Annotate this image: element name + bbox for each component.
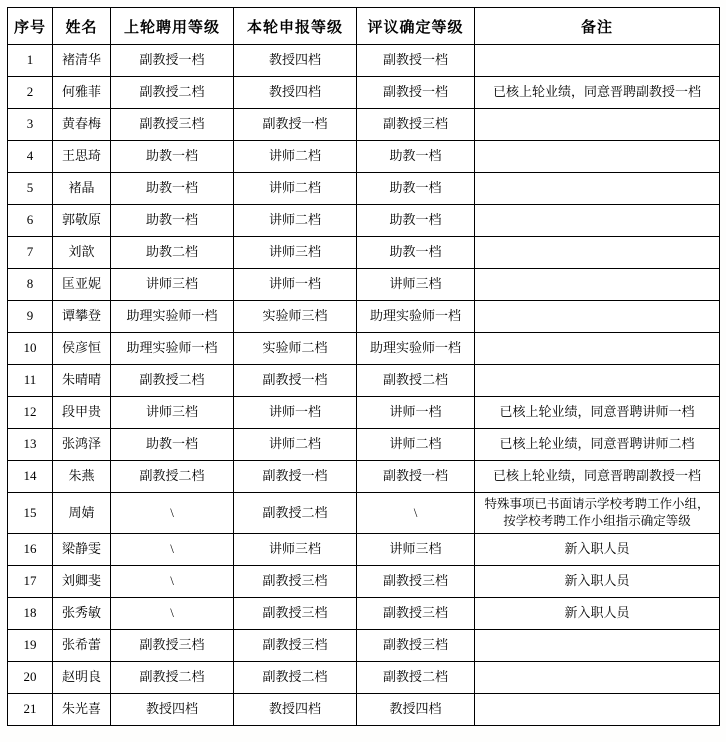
table-cell: 副教授三档 (357, 566, 475, 598)
table-cell: 助教一档 (111, 141, 234, 173)
table-cell: 新入职人员 (475, 598, 720, 630)
table-cell: 梁静雯 (53, 534, 111, 566)
table-cell: 助教二档 (111, 237, 234, 269)
table-cell: 10 (8, 333, 53, 365)
table-cell: 张秀敏 (53, 598, 111, 630)
table-cell: 副教授二档 (111, 365, 234, 397)
table-cell: 段甲贵 (53, 397, 111, 429)
table-cell: 何雅菲 (53, 77, 111, 109)
table-cell: 讲师三档 (357, 534, 475, 566)
table-cell: 助理实验师一档 (111, 301, 234, 333)
table-cell: 助教一档 (357, 237, 475, 269)
table-row: 20赵明良副教授二档副教授二档副教授二档 (8, 662, 720, 694)
table-cell (475, 205, 720, 237)
table-row: 3黄春梅副教授三档副教授一档副教授三档 (8, 109, 720, 141)
header-cell: 姓名 (53, 8, 111, 45)
table-cell: 教授四档 (234, 45, 357, 77)
table-row: 1褚清华副教授一档教授四档副教授一档 (8, 45, 720, 77)
table-cell: 副教授二档 (111, 662, 234, 694)
table-cell: 18 (8, 598, 53, 630)
table-cell: 教授四档 (111, 694, 234, 726)
table-cell (475, 109, 720, 141)
table-cell: 19 (8, 630, 53, 662)
table-cell: 副教授三档 (111, 630, 234, 662)
table-cell: 助教一档 (357, 173, 475, 205)
table-cell: 实验师三档 (234, 301, 357, 333)
table-cell: 11 (8, 365, 53, 397)
table-cell: 副教授三档 (357, 109, 475, 141)
table-cell: 刘卿斐 (53, 566, 111, 598)
table-row: 6郭敬原助教一档讲师二档助教一档 (8, 205, 720, 237)
table-cell: 讲师三档 (234, 534, 357, 566)
table-cell (475, 333, 720, 365)
table-cell: 副教授一档 (357, 461, 475, 493)
table-cell: 副教授三档 (234, 630, 357, 662)
table-cell: 副教授二档 (357, 662, 475, 694)
table-cell: 王思琦 (53, 141, 111, 173)
table-cell: 朱晴晴 (53, 365, 111, 397)
table-cell: 谭攀登 (53, 301, 111, 333)
table-cell: 副教授一档 (234, 109, 357, 141)
table-cell: 郭敬原 (53, 205, 111, 237)
table-cell: 讲师一档 (234, 269, 357, 301)
table-row: 13张鸿泽助教一档讲师二档讲师二档已核上轮业绩，同意晋聘讲师二档 (8, 429, 720, 461)
table-cell: 新入职人员 (475, 534, 720, 566)
table-cell: 已核上轮业绩，同意晋聘讲师一档 (475, 397, 720, 429)
table-cell: 教授四档 (234, 77, 357, 109)
table-cell: 12 (8, 397, 53, 429)
table-cell: 副教授三档 (357, 630, 475, 662)
table-cell: 已核上轮业绩，同意晋聘副教授一档 (475, 77, 720, 109)
table-cell: 刘歆 (53, 237, 111, 269)
table-cell: 讲师一档 (357, 397, 475, 429)
table-cell (475, 237, 720, 269)
table-cell: 已核上轮业绩，同意晋聘副教授一档 (475, 461, 720, 493)
table-cell: 9 (8, 301, 53, 333)
table-cell: 讲师二档 (234, 429, 357, 461)
table-cell: 褚清华 (53, 45, 111, 77)
table-cell: 20 (8, 662, 53, 694)
table-cell: 21 (8, 694, 53, 726)
table-cell: 副教授一档 (357, 77, 475, 109)
header-cell: 备注 (475, 8, 720, 45)
table-cell: 教授四档 (357, 694, 475, 726)
header-cell: 评议确定等级 (357, 8, 475, 45)
table-cell: 助理实验师一档 (357, 333, 475, 365)
table-cell: 新入职人员 (475, 566, 720, 598)
table-cell: 助理实验师一档 (357, 301, 475, 333)
table-row: 15周婧\副教授二档\特殊事项已书面请示学校考聘工作小组，按学校考聘工作小组指示… (8, 493, 720, 534)
table-cell: 副教授一档 (357, 45, 475, 77)
table-row: 12段甲贵讲师三档讲师一档讲师一档已核上轮业绩，同意晋聘讲师一档 (8, 397, 720, 429)
table-row: 17刘卿斐\副教授三档副教授三档新入职人员 (8, 566, 720, 598)
table-cell: 周婧 (53, 493, 111, 534)
table-cell: 侯彦恒 (53, 333, 111, 365)
table-cell: 黄春梅 (53, 109, 111, 141)
table-cell: 副教授一档 (111, 45, 234, 77)
table-row: 9谭攀登助理实验师一档实验师三档助理实验师一档 (8, 301, 720, 333)
table-cell: 讲师二档 (234, 173, 357, 205)
table-cell: 16 (8, 534, 53, 566)
table-cell: 副教授三档 (111, 109, 234, 141)
table-cell (475, 45, 720, 77)
table-cell: 讲师二档 (357, 429, 475, 461)
table-cell: 教授四档 (234, 694, 357, 726)
table-cell: 副教授一档 (234, 365, 357, 397)
table-cell (475, 694, 720, 726)
table-cell: 实验师二档 (234, 333, 357, 365)
table-row: 19张希蕾副教授三档副教授三档副教授三档 (8, 630, 720, 662)
table-cell: 副教授一档 (234, 461, 357, 493)
table-cell: 1 (8, 45, 53, 77)
table-cell: 14 (8, 461, 53, 493)
table-cell: 朱光喜 (53, 694, 111, 726)
table-cell: \ (111, 566, 234, 598)
table-cell: 匡亚妮 (53, 269, 111, 301)
table-row: 16梁静雯\讲师三档讲师三档新入职人员 (8, 534, 720, 566)
table-cell: 助教一档 (111, 429, 234, 461)
table-cell: \ (111, 493, 234, 534)
table-cell: 5 (8, 173, 53, 205)
table-cell: 助教一档 (111, 173, 234, 205)
table-cell: 4 (8, 141, 53, 173)
table-cell: 13 (8, 429, 53, 461)
table-cell: 讲师三档 (234, 237, 357, 269)
table-cell: 副教授二档 (111, 77, 234, 109)
table-cell: 7 (8, 237, 53, 269)
grade-evaluation-table: 序号姓名上轮聘用等级本轮申报等级评议确定等级备注 1褚清华副教授一档教授四档副教… (7, 7, 720, 726)
table-cell (475, 269, 720, 301)
table-row: 5褚晶助教一档讲师二档助教一档 (8, 173, 720, 205)
table-cell: 副教授三档 (357, 598, 475, 630)
table-cell: 15 (8, 493, 53, 534)
table-cell: 副教授二档 (234, 662, 357, 694)
table-cell: 讲师二档 (234, 141, 357, 173)
table-cell: 副教授二档 (234, 493, 357, 534)
table-cell: 赵明良 (53, 662, 111, 694)
table-cell (475, 365, 720, 397)
table-row: 7刘歆助教二档讲师三档助教一档 (8, 237, 720, 269)
table-cell: 朱燕 (53, 461, 111, 493)
table-cell: 助教一档 (357, 205, 475, 237)
table-row: 2何雅菲副教授二档教授四档副教授一档已核上轮业绩，同意晋聘副教授一档 (8, 77, 720, 109)
table-cell: 张鸿泽 (53, 429, 111, 461)
table-cell: 副教授三档 (234, 598, 357, 630)
header-cell: 序号 (8, 8, 53, 45)
table-cell: 副教授二档 (111, 461, 234, 493)
table-row: 18张秀敏\副教授三档副教授三档新入职人员 (8, 598, 720, 630)
table-cell: \ (357, 493, 475, 534)
table-cell: 6 (8, 205, 53, 237)
table-cell (475, 301, 720, 333)
header-cell: 本轮申报等级 (234, 8, 357, 45)
table-cell: 副教授二档 (357, 365, 475, 397)
table-row: 4王思琦助教一档讲师二档助教一档 (8, 141, 720, 173)
table-cell: 特殊事项已书面请示学校考聘工作小组，按学校考聘工作小组指示确定等级 (475, 493, 720, 534)
table-cell: 已核上轮业绩，同意晋聘讲师二档 (475, 429, 720, 461)
table-cell: 8 (8, 269, 53, 301)
table-cell: 3 (8, 109, 53, 141)
table-row: 14朱燕副教授二档副教授一档副教授一档已核上轮业绩，同意晋聘副教授一档 (8, 461, 720, 493)
table-cell: 讲师三档 (357, 269, 475, 301)
table-header-row: 序号姓名上轮聘用等级本轮申报等级评议确定等级备注 (8, 8, 720, 45)
table-row: 21朱光喜教授四档教授四档教授四档 (8, 694, 720, 726)
table-cell: 副教授三档 (234, 566, 357, 598)
table-cell (475, 173, 720, 205)
table-cell: 17 (8, 566, 53, 598)
table-row: 11朱晴晴副教授二档副教授一档副教授二档 (8, 365, 720, 397)
table-cell: \ (111, 534, 234, 566)
document-sheet: 序号姓名上轮聘用等级本轮申报等级评议确定等级备注 1褚清华副教授一档教授四档副教… (7, 7, 720, 726)
table-cell: 讲师二档 (234, 205, 357, 237)
table-cell: 助教一档 (111, 205, 234, 237)
table-row: 10侯彦恒助理实验师一档实验师二档助理实验师一档 (8, 333, 720, 365)
header-cell: 上轮聘用等级 (111, 8, 234, 45)
table-cell: 张希蕾 (53, 630, 111, 662)
table-cell (475, 630, 720, 662)
table-row: 8匡亚妮讲师三档讲师一档讲师三档 (8, 269, 720, 301)
table-cell: 讲师一档 (234, 397, 357, 429)
table-cell: 讲师三档 (111, 269, 234, 301)
table-cell: 助理实验师一档 (111, 333, 234, 365)
table-cell (475, 662, 720, 694)
table-cell: \ (111, 598, 234, 630)
table-cell: 2 (8, 77, 53, 109)
table-cell: 助教一档 (357, 141, 475, 173)
table-body: 1褚清华副教授一档教授四档副教授一档2何雅菲副教授二档教授四档副教授一档已核上轮… (8, 45, 720, 726)
table-cell: 讲师三档 (111, 397, 234, 429)
table-cell (475, 141, 720, 173)
table-cell: 褚晶 (53, 173, 111, 205)
